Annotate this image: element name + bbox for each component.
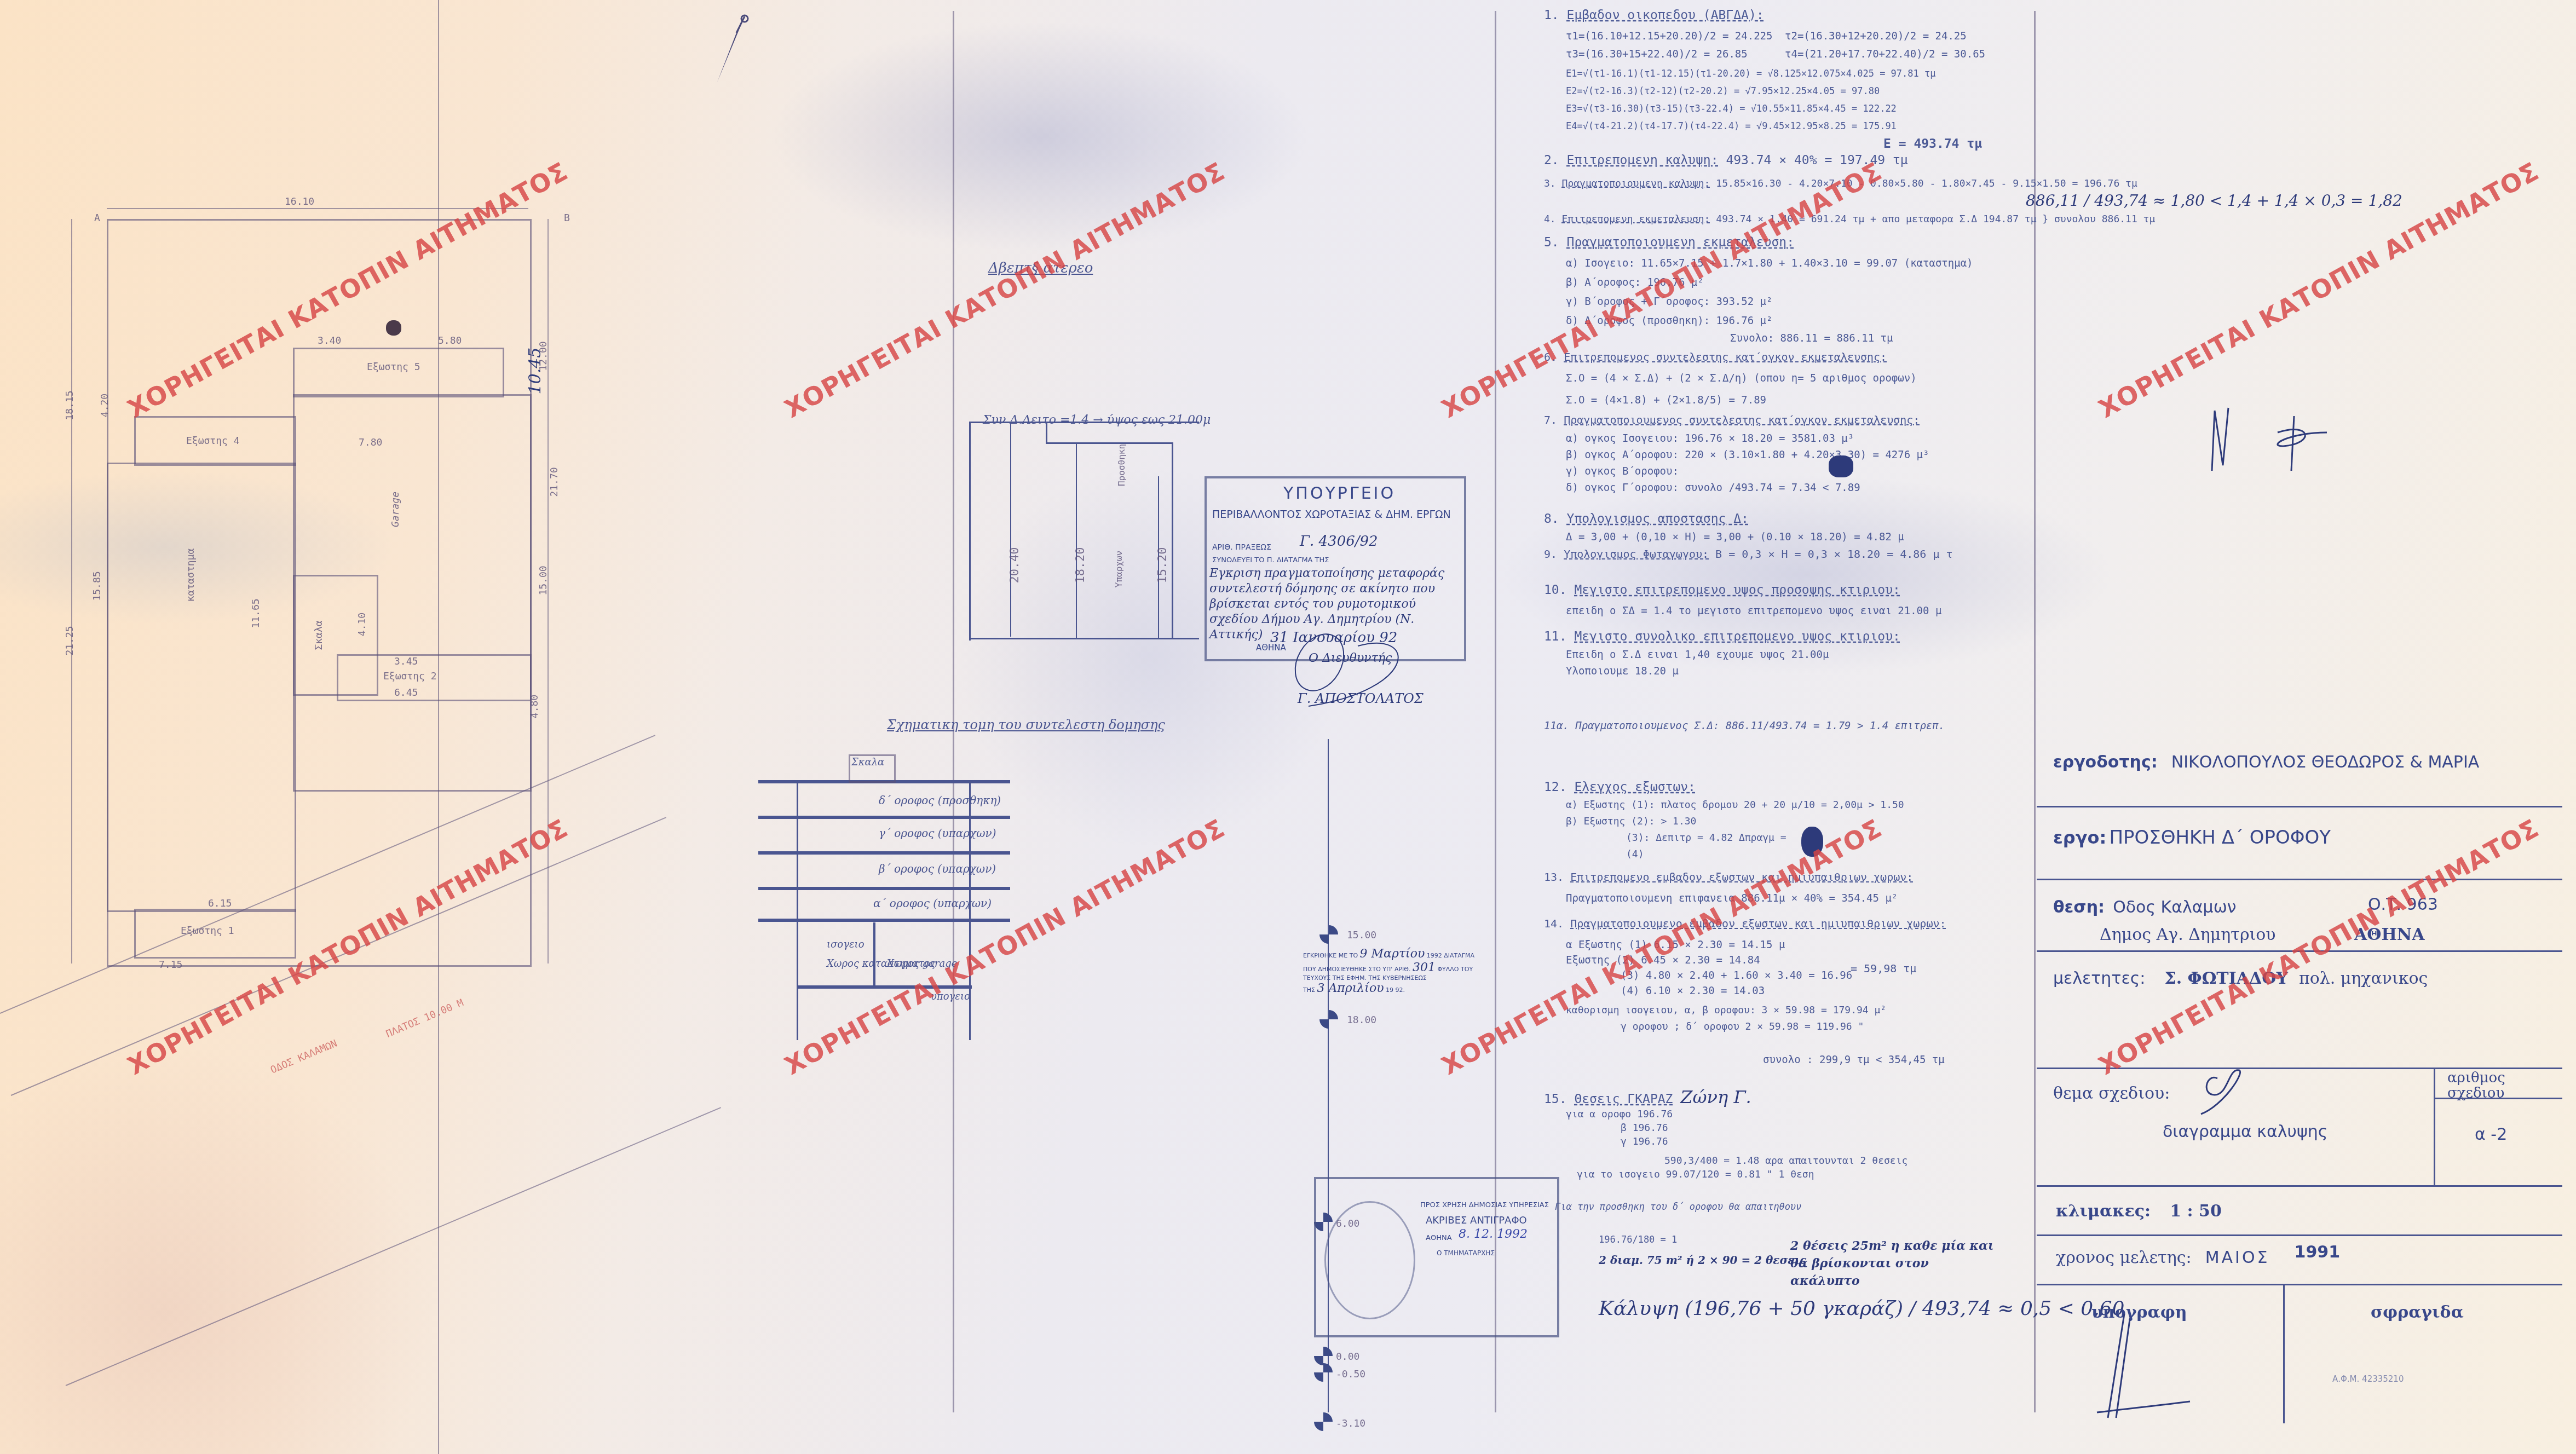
hatch-existing: Υπαρχων [1114,551,1124,587]
dim-5-80: 5.80 [438,335,462,347]
room-garage: Garage [390,492,401,527]
copy-stamp: ΠΡΟΣ ΧΡΗΣΗ ΔΗΜΟΣΙΑΣ ΥΠΗΡΕΣΙΑΣ ΑΚΡΙΒΕΣ ΑΝ… [1314,1177,1559,1337]
act-label: ΑΡΙΘ. ΠΡΑΞΕΩΣ [1212,543,1271,552]
dim-12-00: 12.00 [538,341,549,371]
calc-line: E2=√(τ2-16.3)(τ2-12)(τ2-20.2) = √7.95×12… [1566,86,1880,97]
top-right-signatures-icon [2201,400,2338,482]
calc-line: Επειδη ο Σ.Δ ειναι 1,40 εχουμε υψος 21.0… [1566,649,1829,661]
tb-divider [2037,1185,2562,1187]
calc-line: α) Εξωστης (1): πλατος δρομου 20 + 20 μ/… [1566,799,1904,811]
date-month: ΜΑΙΟΣ [2205,1248,2270,1267]
gazette-line2-suffix: ΦΥΛΛΟ ΤΟΥ [1437,966,1473,973]
calc-line: γ) ογκος Β΄οροφου: [1566,465,1679,477]
date-label: χρονος μελετης: [2056,1248,2192,1267]
col-mid [873,922,875,985]
dim-6-45: 6.45 [394,687,418,699]
slab-2 [758,887,1010,890]
calc-line: γ οροφου ; δ΄ οροφου 2 × 59.98 = 119.96 … [1621,1021,1864,1032]
dim-7-15: 7.15 [159,959,182,971]
calc-line: τ3=(16.30+15+22.40)/2 = 26.85 [1566,48,1748,60]
calc-line: 196.76/180 = 1 [1599,1234,1677,1245]
round-seal-icon [1324,1201,1415,1319]
calc-11-title: 11. Μεγιστο συνολικο επιτρεπομενο υψος κ… [1544,630,1900,644]
height-18-20: 18.20 [1074,547,1087,583]
calc-line: β) ογκος Α΄οροφου: 220 × (3.10×1.80 + 4.… [1566,449,1929,461]
scale-label: κλιμακες: [2056,1202,2151,1221]
calc-line: Υλοποιουμε 18.20 μ [1566,665,1679,677]
calc-7-title: 7. Πραγματοποιουμενος συντελεστης κατ΄ογ… [1544,413,1920,426]
north-arrow-icon [712,11,756,88]
calc-line: Δ = 3,00 + (0,10 × Η) = 3,00 + (0.10 × 1… [1566,531,1904,543]
room-balcony-4: Εξωστης 4 [186,435,240,447]
seal-afm: Α.Φ.Μ. 42335210 [2332,1374,2404,1384]
calc-4: 4. Επιτρεπομενη εκμεταλευση: 493.74 × 1.… [1544,214,2155,225]
schematic-title: Σχηματικη τομη του συντελεστη δομησης [887,717,1165,732]
gazette-line2-value: 301 [1413,961,1436,974]
calc-line: = 59,98 τμ [1851,962,1916,975]
dim-6-15: 6.15 [208,898,232,909]
calc-line: 2 διαμ. 75 m² ή 2 × 90 = 2 θεσεις [1599,1254,1806,1267]
level-marker-icon [1314,1363,1333,1382]
calc-9: 9. Υπολογισμος Φωταγωγου: Β = 0,3 × Η = … [1544,547,1953,561]
calc-1-title: 1. Εμβαδον οικοπεδου (ΑΒΓΔΑ): [1544,8,1764,22]
gazette-line4-value: 3 Απριλίου [1317,982,1384,995]
location-street: Οδος Καλαμων [2113,898,2236,917]
project-label: εργο: [2053,827,2106,848]
upper-step [1046,422,1047,442]
ink-blot [386,320,401,336]
corner-b: Β [564,212,570,224]
height-15-20: 15.20 [1156,547,1169,583]
calc-line: καθορισμη ισογειου, α, β οροφου: 3 × 59.… [1566,1005,1886,1016]
calc-line: Σ.Ο = (4 × Σ.Δ) + (2 × Σ.Δ/η) (οπου η= 5… [1566,372,1917,384]
calc-15-title: 15. Θεσεις ΓΚΑΡΑΖ Ζώνη Γ. [1544,1087,1751,1107]
project-name: ΠΡΟΣΘΗΚΗ Δ΄ ΟΡΟΦΟΥ [2109,827,2331,849]
room-shop: καταστημα [185,549,197,602]
gazette-line4-prefix: ΤΗΣ [1303,986,1315,994]
calc-line: δ) ογκος Γ΄οροφου: συνολο /493.74 = 7.34… [1566,482,1860,494]
subject-signature-icon [2185,1062,2250,1128]
calc-2: 2. Επιτρεπομενη καλυψη: 493.74 × 40% = 1… [1544,153,1908,168]
client-name: ΝΙΚΟΛΟΠΟΥΛΟΣ ΘΕΟΔΩΡΟΣ & ΜΑΡΙΑ [2171,753,2479,772]
calc-11a: 11α. Πραγματοποιουμενος Σ.Δ: 886.11/493.… [1544,720,1945,732]
street-name: ΟΔΟΣ ΚΑΛΑΜΩΝ [269,1037,339,1076]
gazette-line1-value: 9 Μαρτίου [1360,947,1425,961]
copy-line1: ΠΡΟΣ ΧΡΗΣΗ ΔΗΜΟΣΙΑΣ ΥΠΗΡΕΣΙΑΣ [1420,1201,1549,1209]
corner-a: Α [94,212,100,224]
tb-divider [2434,1098,2562,1099]
calc-line: γ 196.76 [1621,1136,1668,1147]
engineer-signature-icon [2086,1303,2195,1423]
calc-line: (3): Δεπιτρ = 4.82 Δπραγμ = [1626,832,1787,844]
calc-12-title: 12. Ελεγχος εξωστων: [1544,780,1696,794]
floor-4-label: δ΄ οροφος (προσθηκη) [879,794,1001,807]
roof-room-label: Σκαλα [851,757,884,768]
sheet-number: α -2 [2475,1125,2507,1144]
subject-label: θεμα σχεδιου: [2053,1084,2170,1103]
calc-line: E3=√(τ3-16.30)(τ3-15)(τ3-22.4) = √10.55×… [1566,103,1897,114]
calc-line: α) ογκος Ισογειου: 196.76 × 18.20 = 3581… [1566,432,1854,445]
calc-13-title: 13. Επιτρεπομενο εμβαδον εξωστων και ημι… [1544,870,1913,884]
height-20-40: 20.40 [1008,547,1022,583]
calc-line: E4=√(τ4-21.2)(τ4-17.7)(τ4-22.4) = √9.45×… [1566,121,1897,132]
calc-line: E1=√(τ1-16.1)(τ1-12.15)(τ1-20.20) = √8.1… [1566,68,1936,79]
calc-line: Για την προσθηκη του δ΄ οροφου θα απαιτη… [1555,1202,1801,1213]
gazette-line1-suffix: 1992 ΔΙΑΤΑΓΜΑ [1427,952,1474,959]
hatch-addition: Προσθηκη [1116,444,1127,486]
gazette-line4-suffix: 19 92. [1386,986,1405,994]
calc-line: β) Εξωστης (2): > 1.30 [1566,816,1696,827]
dim-21-70: 21.70 [549,467,560,497]
room-balcony-5: Εξωστης 5 [367,361,420,373]
dim-3-40: 3.40 [318,335,341,347]
level-15: 15.00 [1347,930,1376,941]
dim-4-20: 4.20 [99,394,111,417]
ministry-signature-icon [1276,630,1440,712]
copy-place: ΑΘΗΝΑ [1426,1234,1452,1242]
dim-11-65: 11.65 [250,598,262,628]
ministry-title: ΥΠΟΥΡΓΕΙΟ [1283,484,1396,503]
slab-4 [758,816,1010,819]
dim-18-15: 18.15 [64,390,76,420]
level-18: 18.00 [1347,1014,1376,1026]
dim-7-80: 7.80 [359,437,382,448]
tb-vdivider [2434,1068,2435,1185]
calc-6-title: 6. Επιτρεπομενος συντελεστης κατ΄ογκον ε… [1544,350,1887,363]
dim-15-85: 15.85 [91,571,103,601]
engineers-label: μελετητες: [2053,969,2145,988]
street-line-3 [66,1107,721,1386]
calc-line: για το ισογειο 99.07/120 = 0.81 " 1 θεση [1577,1169,1814,1180]
level-minus-0-5: -0.50 [1336,1369,1365,1380]
calc-line: β 196.76 [1621,1122,1668,1134]
date-year: 1991 [2295,1243,2341,1262]
col-left [797,780,798,1040]
upper-wall-right [1172,442,1173,639]
gazette-stamp: ΕΓΚΡΙΘΗΚΕ ΜΕ ΤΟ 9 Μαρτίου 1992 ΔΙΑΤΑΓΜΑ … [1303,947,1533,1002]
calc-8-title: 8. Υπολογισμος αποστασης Δ: [1544,512,1749,526]
engineer-title: πολ. μηχανικος [2299,969,2428,988]
calc-14-title: 14. Πραγματοποιουμενο εμβαδον εξωστων κα… [1544,917,1946,930]
ground-label: ισογειο [827,939,865,950]
calc-line: επειδη ο ΣΔ = 1.4 το μεγιστο επιτρεπομεν… [1566,605,1941,617]
act-number: Γ. 4306/92 [1300,533,1378,550]
level-marker-icon [1314,1347,1333,1365]
gazette-line2-prefix: ΠΟΥ ΔΗΜΟΣΙΕΥΘΗΚΕ ΣΤΟ ΥΠ' ΑΡΙΘ. [1303,966,1410,973]
upper-base [969,638,1199,639]
slab-3 [758,851,1010,855]
calc-line: Σ.Ο = (4×1.8) + (2×1.8/5) = 7.89 [1566,394,1766,406]
site-plan: Α Β 16.10 3.40 5.80 10.45 4.20 11.65 15.… [0,0,712,1454]
accompanies-label: ΣΥΝΟΔΕΥΕΙ ΤΟ Π. ΔΙΑΤΑΓΜΑ ΤΗΣ [1212,556,1329,564]
dim-16-10: 16.10 [285,196,314,207]
room-balcony-1: Εξωστης 1 [181,925,234,937]
floor-2-label: β΄ οροφος (υπαρχων) [879,862,996,875]
calc-line: τ1=(16.10+12.15+20.20)/2 = 24.225 [1566,30,1773,42]
tb-divider [2037,1284,2562,1285]
room-balcony-2: Εξωστης 2 [383,671,437,682]
calc-line: (3) 4.80 × 2.40 + 1.60 × 3.40 = 16.96 [1621,970,1852,982]
dim-3-45: 3.45 [394,656,418,667]
municipality: Δημος Αγ. Δημητριου [2100,925,2276,944]
dim-4-10: 4.10 [356,613,368,636]
ink-blot [1829,455,1853,477]
calc-line: α) Ισογειο: 11.65×7.15 + 1.7×1.80 + 1.40… [1566,257,1973,269]
copy-role: Ο ΤΜΗΜΑΤΑΡΧΗΣ [1437,1249,1495,1257]
calc-10-title: 10. Μεγιστο επιτρεπομενο υψος προσοψης κ… [1544,583,1900,597]
gazette-line3: ΤΕΥΧΟΥΣ ΤΗΣ ΕΦΗΜ. ΤΗΣ ΚΥΒΕΡΝΗΣΕΩΣ [1303,974,1533,982]
dim-line-left [71,219,72,963]
copy-line2: ΑΚΡΙΒΕΣ ΑΝΤΙΓΡΑΦΟ [1426,1215,1527,1226]
h-20-40-line [1010,423,1011,637]
calc-line: για α οροφο 196.76 [1566,1109,1673,1120]
dim-4-80: 4.80 [529,695,540,718]
level-marker-icon [1319,925,1338,944]
sheet-label: αριθμος σχεδιου [2447,1070,2546,1101]
tb-divider [2037,806,2562,807]
client-label: εργοδοτης: [2053,753,2158,772]
room-stair: Σκαλα [313,620,325,650]
parking-note: 2 θέσεις 25m² η καθε μία και θα βρίσκοντ… [1790,1237,1998,1290]
calc-line: (4) 6.10 × 2.30 = 14.03 [1621,985,1765,997]
shop-area [107,463,296,912]
calc-line: τ4=(21.20+17.70+22.40)/2 = 30.65 [1785,48,1985,60]
level-marker-icon [1319,1010,1338,1029]
h-18-20-line [1076,443,1077,638]
section-header: Συν Δ.Λειτο =1.4 → ύψος εως 21.00μ [983,413,1211,427]
slab-1 [758,919,1010,922]
calc-line: 590,3/400 = 1.48 αρα απαιτουνται 2 θεσει… [1664,1155,1907,1167]
level-0: 0.00 [1336,1351,1359,1363]
tb-vdivider [2283,1284,2285,1423]
copy-date: 8. 12. 1992 [1459,1227,1528,1241]
tb-divider [2037,879,2562,880]
dim-15-00: 15.00 [538,566,549,595]
floor-1-label: α΄ οροφος (υπαρχων) [873,897,992,910]
calc-line: Συνολο: 886.11 = 886.11 τμ [1730,332,1893,344]
gazette-line1-prefix: ΕΓΚΡΙΘΗΚΕ ΜΕ ΤΟ [1303,952,1358,959]
upper-wall-left [969,422,971,641]
plot-area-total: E = 493.74 τμ [1883,137,1982,151]
ministry-subtitle: ΠΕΡΙΒΑΛΛΟΝΤΟΣ ΧΩΡΟΤΑΞΙΑΣ & ΔΗΜ. ΕΡΓΩΝ [1212,509,1451,521]
calc-line: τ2=(16.30+12+20.20)/2 = 24.25 [1785,30,1967,42]
level-marker-icon [1314,1412,1333,1431]
location-label: θεση: [2053,898,2105,917]
scale-value: 1 : 50 [2170,1202,2222,1221]
calc-line: (4) [1626,849,1644,860]
upper-ground [969,422,1199,423]
seal-label: σφραγιδα [2371,1303,2464,1322]
ratio-note: 886,11 / 493,74 ≈ 1,80 < 1,4 + 1,4 × 0,3… [2026,192,2402,210]
calc-line: συνολο : 299,9 τμ < 354,45 τμ [1763,1054,1945,1066]
level-minus-3-1: -3.10 [1336,1418,1365,1429]
floor-3-label: γ΄ οροφος (υπαρχων) [879,827,996,840]
tb-divider [2037,1234,2562,1236]
dim-21-25: 21.25 [64,626,76,655]
upper-step-top [1046,442,1172,444]
street-width: ΠΛΑΤΟΣ 10.00 Μ [384,997,465,1040]
